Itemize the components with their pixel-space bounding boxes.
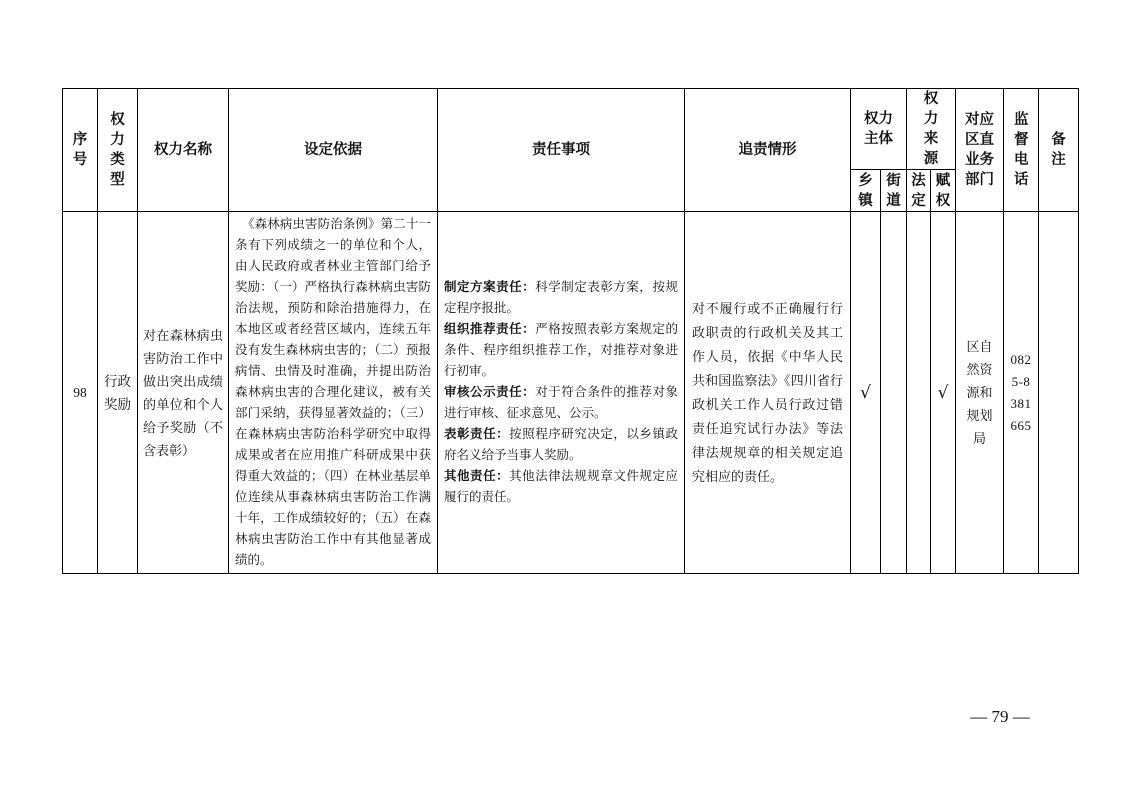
- header-remarks: 备注: [1039, 89, 1079, 212]
- header-responsibility-items: 责任事项: [438, 89, 685, 212]
- power-list-table: 序号 权力类型 权力名称 设定依据 责任事项 追责情形 权力主体 权力来源 对应…: [62, 88, 1079, 574]
- table-row: 98 行政奖励 对在森林病虫害防治工作中做出突出成绩的单位和个人给予奖励（不含表…: [63, 212, 1079, 574]
- header-setting-basis: 设定依据: [229, 89, 438, 212]
- duty-item-label: 审核公示责任：: [444, 385, 535, 399]
- cell-delegated-checkmark: √: [931, 212, 956, 574]
- cell-accountability-situations: 对不履行或不正确履行行政职责的行政机关及其工作人员，依据《中华人民共和国监察法》…: [685, 212, 851, 574]
- header-accountability-situations: 追责情形: [685, 89, 851, 212]
- document-page: 序号 权力类型 权力名称 设定依据 责任事项 追责情形 权力主体 权力来源 对应…: [0, 0, 1122, 793]
- duty-item-label: 其他责任：: [444, 469, 509, 483]
- cell-power-type: 行政奖励: [98, 212, 138, 574]
- cell-statutory-checkmark: [907, 212, 931, 574]
- cell-setting-basis: 《森林病虫害防治条例》第二十一条有下列成绩之一的单位和个人，由人民政府或者林业主…: [229, 212, 438, 574]
- cell-responsibility-items: 制定方案责任：科学制定表彰方案，按规定程序报批。 组织推荐责任：严格按照表彰方案…: [438, 212, 685, 574]
- cell-power-name: 对在森林病虫害防治工作中做出突出成绩的单位和个人给予奖励（不含表彰）: [138, 212, 229, 574]
- header-street: 街道: [881, 170, 907, 212]
- header-township: 乡镇: [851, 170, 881, 212]
- header-district-department: 对应区直业务部门: [956, 89, 1004, 212]
- header-serial-number: 序号: [63, 89, 98, 212]
- setting-basis-text: 《森林病虫害防治条例》第二十一条有下列成绩之一的单位和个人，由人民政府或者林业主…: [235, 214, 431, 571]
- header-statutory: 法定: [907, 170, 931, 212]
- header-power-type: 权力类型: [98, 89, 138, 212]
- cell-supervision-phone: 0825-8381665: [1004, 212, 1039, 574]
- duty-item-label: 制定方案责任：: [444, 280, 535, 294]
- duty-item: 制定方案责任：科学制定表彰方案，按规定程序报批。: [444, 277, 678, 319]
- duty-item-label: 组织推荐责任：: [444, 322, 535, 336]
- duty-item: 其他责任：其他法律法规规章文件规定应履行的责任。: [444, 466, 678, 508]
- header-power-subject: 权力主体: [851, 89, 907, 170]
- header-supervision-phone: 监督电话: [1004, 89, 1039, 212]
- header-power-source: 权力来源: [907, 89, 956, 170]
- cell-street-checkmark: [881, 212, 907, 574]
- duty-item: 表彰责任：按照程序研究决定，以乡镇政府名义给予当事人奖励。: [444, 424, 678, 466]
- header-power-name: 权力名称: [138, 89, 229, 212]
- cell-serial-number: 98: [63, 212, 98, 574]
- duty-item: 组织推荐责任：严格按照表彰方案规定的条件、程序组织推荐工作，对推荐对象进行初审。: [444, 319, 678, 382]
- cell-township-checkmark: √: [851, 212, 881, 574]
- duty-item-label: 表彰责任：: [444, 427, 509, 441]
- cell-district-department: 区自然资源和规划局: [956, 212, 1004, 574]
- page-number: — 79 —: [930, 707, 1070, 727]
- cell-remarks: [1039, 212, 1079, 574]
- duty-item: 审核公示责任：对于符合条件的推荐对象进行审核、征求意见、公示。: [444, 382, 678, 424]
- header-delegated: 赋权: [931, 170, 956, 212]
